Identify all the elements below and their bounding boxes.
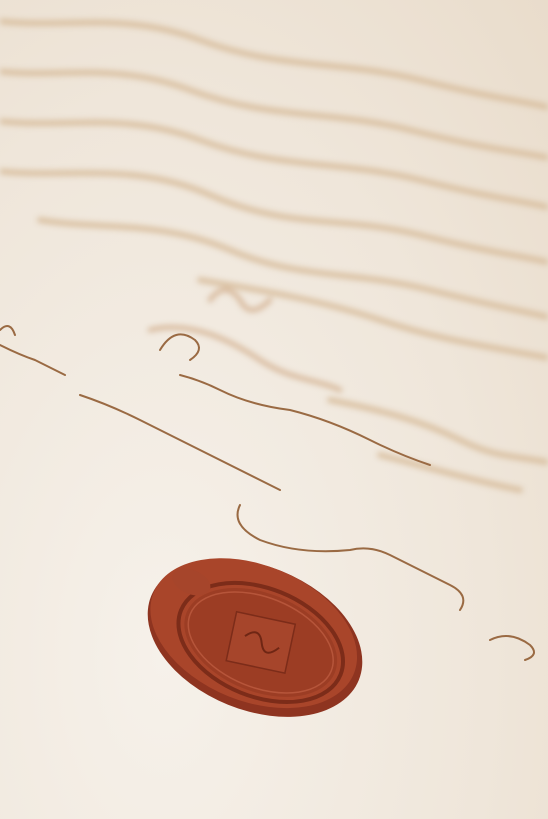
wax-seal xyxy=(124,529,386,746)
foreground xyxy=(0,0,548,819)
photograph xyxy=(0,0,548,819)
